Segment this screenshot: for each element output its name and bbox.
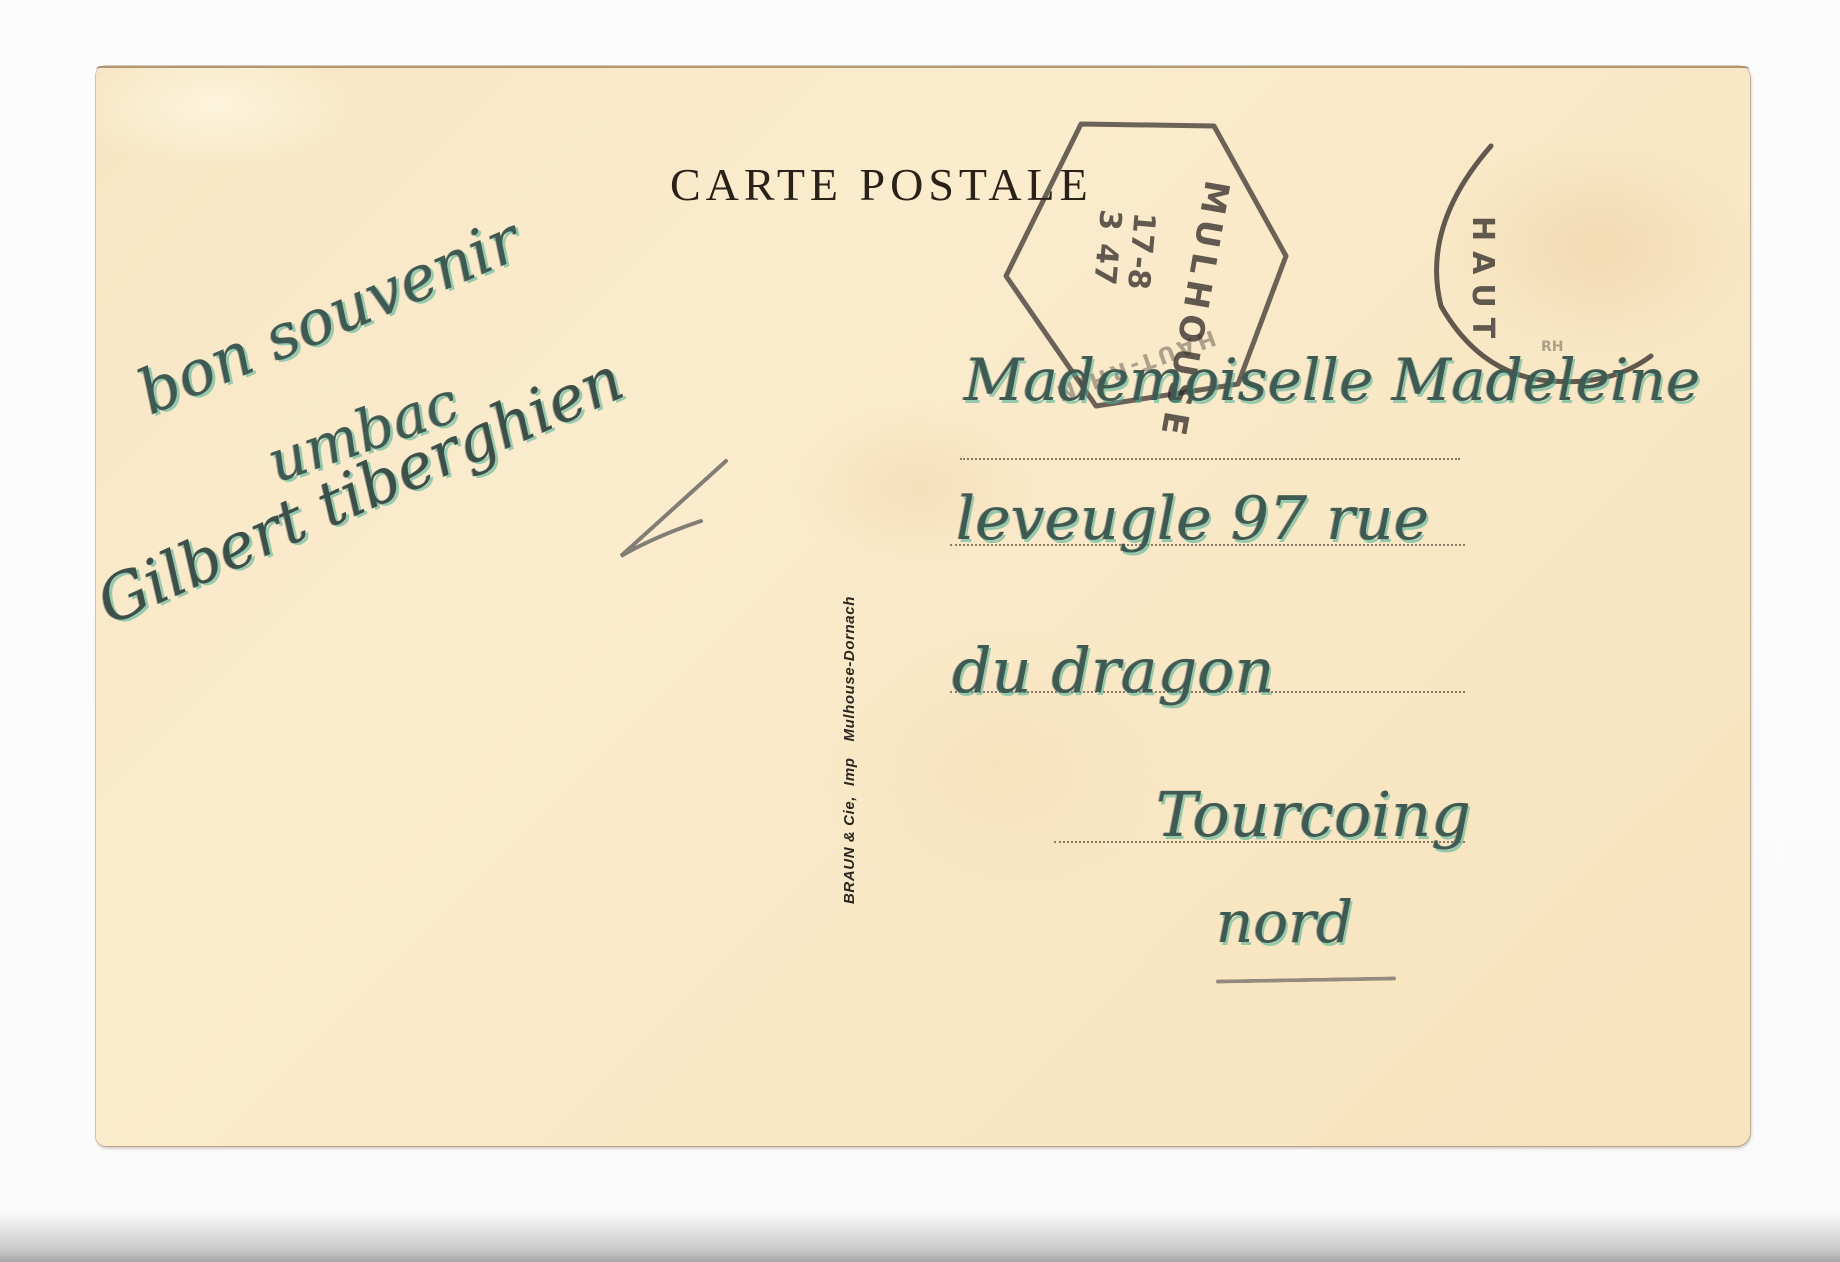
printer-publisher: BRAUN & Cie, [841, 796, 858, 904]
signature-flourish [616, 456, 736, 566]
postmark2-outer-text: HAUT [1465, 216, 1500, 348]
postcard: CARTE POSTALE MULHOUSE 17 -8 3 47 HAUT-R… [96, 66, 1750, 1146]
address-region: nord [1216, 888, 1353, 956]
address-line-1 [960, 458, 1460, 460]
printer-city: Mulhouse-Dornach [841, 596, 858, 741]
scan-background: CARTE POSTALE MULHOUSE 17 -8 3 47 HAUT-R… [0, 0, 1840, 1262]
postmark-time: -8 [1120, 255, 1158, 291]
address-region-underline [1216, 976, 1396, 983]
printer-label: Imp [841, 757, 858, 785]
message-line-1: bon souvenir [127, 203, 530, 429]
postmark-date-month: 3 [1091, 208, 1128, 232]
address-recipient: Mademoiselle Madeleine [964, 346, 1700, 414]
address-city: Tourcoing [1156, 778, 1471, 851]
address-street: leveugle 97 rue [956, 484, 1429, 554]
postmark-date-day: 17 [1123, 211, 1162, 256]
postmark-date-year: 47 [1086, 242, 1125, 287]
address-street-2: du dragon [952, 634, 1275, 707]
printer-imprint: BRAUN & Cie,ImpMulhouse-Dornach [841, 596, 858, 904]
